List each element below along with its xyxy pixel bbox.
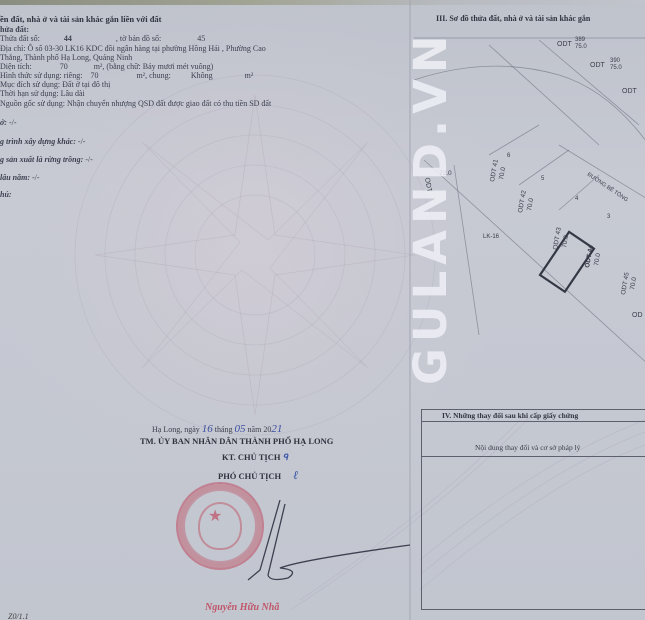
handwritten-signature [240, 490, 410, 600]
section-iv-title: IV. Những thay đổi sau khi cấp giấy chứn… [442, 411, 578, 420]
watermark: GULAND.VN [404, 29, 457, 385]
signer-name: Nguyễn Hữu Nhã [205, 602, 279, 613]
field-purpose: Mục đích sử dụng: Đất ở tại đô thị [0, 80, 110, 89]
field-address: Địa chỉ: Ô số 03-30 LK16 KDC đồi ngân hà… [0, 44, 266, 53]
field-origin: Nguồn gốc sử dụng: Nhận chuyển nhượng QS… [0, 99, 271, 108]
signatory-title: PHÓ CHỦ TỊCH ℓ [218, 468, 298, 483]
field-address-cont: Thắng, Thành phố Hạ Long, Quảng Ninh [0, 53, 132, 62]
parcel-odt-edge: ODT [622, 88, 638, 95]
svg-text:70.0: 70.0 [498, 166, 507, 180]
item-perennial-trees: lâu năm: -/- [0, 173, 40, 182]
field-parcel-number: Thửa đất số: 44 , tờ bản đồ số: 45 [0, 34, 205, 43]
svg-text:4: 4 [575, 196, 579, 202]
svg-text:OD: OD [632, 312, 643, 319]
item-house: ở: -/- [0, 118, 17, 127]
top-edge-strip [0, 0, 645, 5]
parcel-389: ODT [557, 41, 573, 48]
section-iv-table [421, 409, 645, 610]
item-notes: hú: [0, 190, 12, 199]
field-usage-form: Hình thức sử dụng: riêng: 70 m², chung: … [0, 71, 253, 80]
issuing-authority: TM. ỦY BAN NHÂN DÂN THÀNH PHỐ HẠ LONG [140, 436, 333, 446]
signatory-kt: KT. CHỦ TỊCH ᑫ [222, 452, 288, 463]
svg-text:75.0: 75.0 [610, 65, 622, 71]
svg-text:389: 389 [575, 37, 586, 43]
item-other-construction: g trình xây dựng khác: -/- [0, 137, 85, 146]
svg-text:5: 5 [541, 176, 545, 182]
bottom-left-note: Z0/1.1 [8, 612, 29, 620]
item-planted-forest: g sản xuất là rừng trồng: -/- [0, 155, 93, 164]
svg-text:75.0: 75.0 [575, 44, 587, 50]
svg-text:6: 6 [507, 153, 511, 159]
left-section-heading: ền đất, nhà ở và tài sản khác gắn liền v… [0, 14, 162, 24]
section-iv-divider [421, 421, 645, 422]
svg-text:70.0: 70.0 [593, 252, 602, 266]
svg-text:3: 3 [607, 214, 611, 220]
svg-text:70.0: 70.0 [561, 234, 570, 248]
field-parcel-header: hửa đất: [0, 25, 29, 34]
svg-text:70.0: 70.0 [526, 197, 535, 211]
block-label: LK-16 [483, 234, 500, 240]
section-iv-divider [421, 456, 645, 457]
svg-text:70.0: 70.0 [629, 276, 638, 290]
right-section-heading: III. Sơ đồ thửa đất, nhà ở và tài sản kh… [436, 14, 590, 23]
section-iv-column-header: Nội dung thay đổi và cơ sở pháp lý [475, 443, 580, 452]
svg-text:390: 390 [610, 58, 621, 64]
field-term: Thời hạn sử dụng: Lâu dài [0, 89, 85, 98]
star-icon: ★ [208, 506, 222, 526]
field-area: Diện tích: 70 m², (bằng chữ: Bảy mươi mé… [0, 62, 213, 71]
signing-date: Hạ Long, ngày 16 tháng 05 năm 2021 [152, 423, 282, 435]
parcel-390: ODT [590, 62, 606, 69]
